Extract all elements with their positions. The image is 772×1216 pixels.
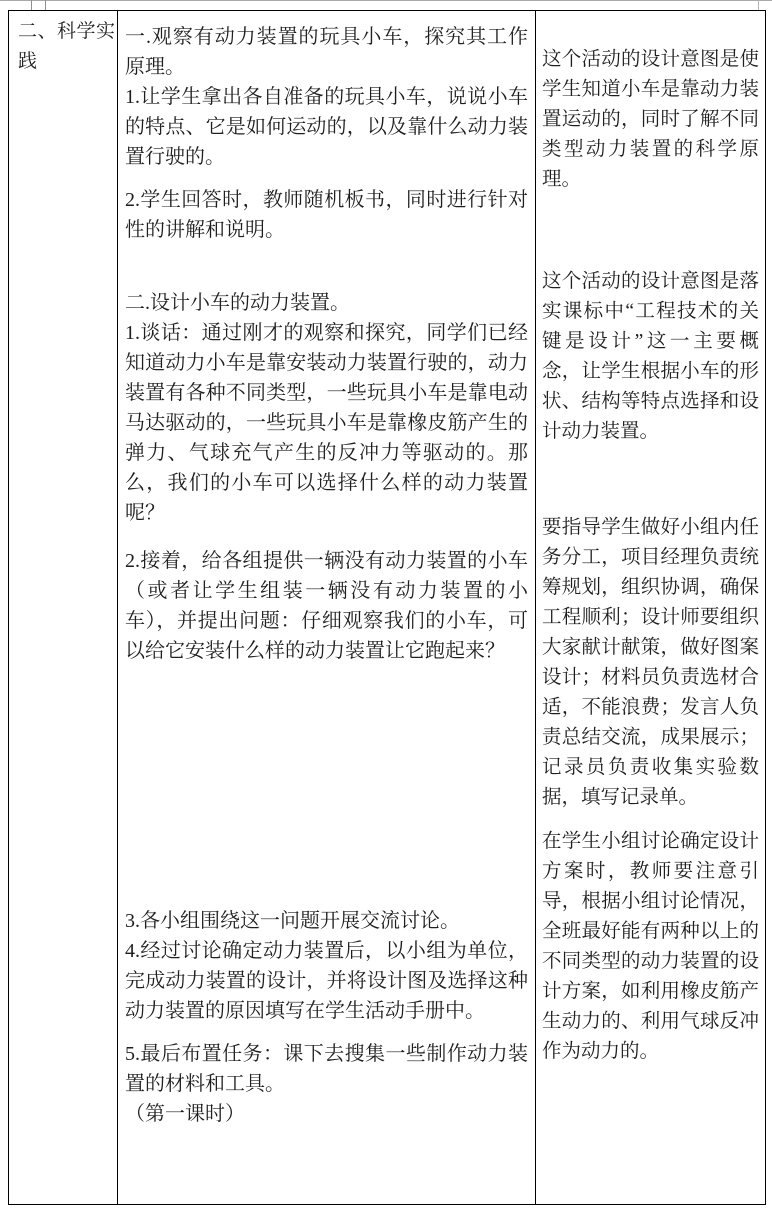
design-intent-note-4: 在学生小组讨论确定设计方案时，教师要注意引导，根据小组讨论情况，全班最好能有两种… [542,827,759,1067]
previous-row-cell-stub-left [31,0,46,10]
previous-row-border-line [0,0,772,1]
lesson-session-note: （第一课时） [125,1099,528,1129]
previous-row-cell-stub-right [758,0,759,10]
activity-step-1: 1.让学生拿出各自准备的玩具小车，说说小车的特点、它是如何运动的，以及靠什么动力… [125,82,528,172]
section-cell: 二、科学实践 [9,11,118,1204]
activities-cell: 一.观察有动力装置的玩具小车，探究其工作原理。 1.让学生拿出各自准备的玩具小车… [118,11,536,1204]
lesson-plan-table: 二、科学实践 一.观察有动力装置的玩具小车，探究其工作原理。 1.让学生拿出各自… [8,10,766,1205]
design-intent-note-1: 这个活动的设计意图是使学生知道小车是靠动力装置运动的，同时了解不同类型动力装置的… [542,45,759,195]
design-intent-note-3: 要指导学生做好小组内任务分工，项目经理负责统筹规划，组织协调，确保工程顺利；设计… [542,513,759,813]
design-intent-cell: 这个活动的设计意图是使学生知道小车是靠动力装置运动的，同时了解不同类型动力装置的… [536,11,765,1204]
design-step-2: 2.接着，给各组提供一辆没有动力装置的小车（或者让学生组装一辆没有动力装置的小车… [125,546,528,666]
activity-heading-observe: 一.观察有动力装置的玩具小车，探究其工作原理。 [125,22,528,82]
design-intent-note-2: 这个活动的设计意图是落实课标中“工程技术的关键是设计”这一主要概念，让学生根据小… [542,267,759,447]
design-step-5: 5.最后布置任务：课下去搜集一些制作动力装置的材料和工具。 [125,1039,528,1099]
document-page: 二、科学实践 一.观察有动力装置的玩具小车，探究其工作原理。 1.让学生拿出各自… [0,0,772,1216]
activity-step-2: 2.学生回答时，教师随机板书，同时进行针对性的讲解和说明。 [125,185,528,245]
design-step-3: 3.各小组围绕这一问题开展交流讨论。 [125,906,528,936]
section-label: 二、科学实践 [18,17,115,77]
activity-heading-design: 二.设计小车的动力装置。 [125,288,528,318]
design-step-1: 1.谈话：通过刚才的观察和探究，同学们已经知道动力小车是靠安装动力装置行驶的，动… [125,318,528,528]
design-step-4: 4.经过讨论确定动力装置后，以小组为单位，完成动力装置的设计，并将设计图及选择这… [125,936,528,1026]
